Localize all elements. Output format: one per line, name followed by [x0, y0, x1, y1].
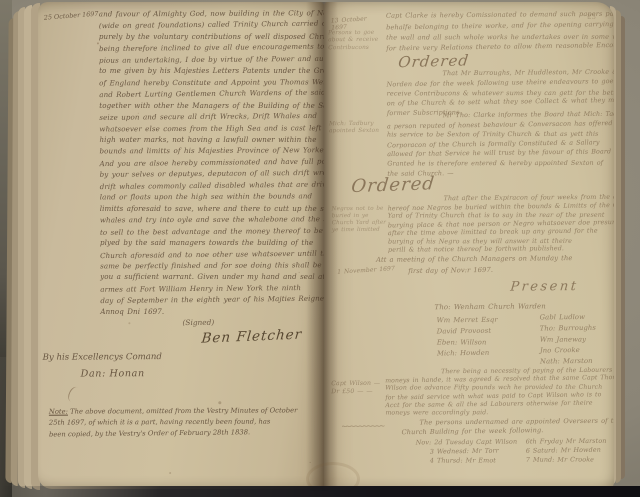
- left-page: 25 October 1697 and favour of Almighty G…: [38, 2, 324, 489]
- text-line: Note: The above document, omitted from t…: [49, 405, 321, 417]
- overseer-roster-right: 6th Fryday Mr Marston6 Saturd: Mr Howden…: [526, 437, 607, 465]
- overseers-paragraph: The persons undernamed are appointed Ove…: [402, 417, 614, 437]
- signed-label: (Signed): [166, 318, 230, 327]
- text-line: pious an undertaking, I doe by virtue of…: [99, 53, 321, 66]
- text-line: high water marks, not having a lawfull o…: [99, 134, 321, 145]
- text-line: been copied, by the Vestry's Order of Fe…: [49, 426, 321, 440]
- text-line: whatsoever else comes from the High Sea …: [99, 122, 321, 135]
- text-line: Church Building for the week following.: [402, 425, 614, 437]
- secretary-name: Dan: Honan: [81, 368, 145, 379]
- photo-backdrop: 25 October 1697 and favour of Almighty G…: [0, 0, 640, 497]
- margin-squiggle: ~~~~~~~~~~: [342, 422, 384, 432]
- right-page-edge-strip: [621, 16, 625, 479]
- text-line: about & receive: [328, 37, 378, 45]
- text-line: drift whales commonly called disabled wh…: [100, 178, 322, 192]
- governor-signature: Ben Fletcher: [201, 327, 303, 347]
- text-line: day of September in the eighth year of h…: [100, 293, 322, 307]
- foxing-specks: [97, 42, 99, 44]
- present-heading: Present: [474, 279, 614, 295]
- margin-note-negros: Negros not to beburied in yeChurch Yard …: [332, 206, 386, 234]
- right-page: 23 13 October 1697 Persons to goeabout &…: [324, 2, 614, 490]
- text-line: to sell to the best advantage and the mo…: [100, 224, 322, 237]
- manuscript-book: 25 October 1697 and favour of Almighty G…: [6, 2, 628, 491]
- command-line: By his Excellencys Comand: [43, 352, 162, 363]
- left-page-body-text: and favour of Almighty God, now building…: [99, 7, 323, 317]
- note-label: Note:: [49, 408, 68, 416]
- text-line: Tho: Burroughs: [540, 323, 596, 335]
- warden-line: Tho: Wenham Church Warden: [434, 302, 545, 311]
- text-line: 7 Mund: Mr Crooke: [526, 455, 607, 464]
- meeting-heading: Att a meeting of the Church Managers on …: [376, 253, 614, 276]
- text-line: (wide on great foundations) called Trini…: [99, 18, 321, 32]
- text-line: Church aforesaid and to noe other use wh…: [100, 247, 322, 261]
- labourers-pay-paragraph: There being a necessity of paying of the…: [385, 367, 614, 418]
- margin-note-sexton: Mich: Tadburyapointed Sexton: [329, 121, 379, 136]
- text-line: and Robert Lurting Gentlemen Church Ward…: [99, 87, 321, 101]
- attendees-right-column: Gabl LudlowTho: BurroughsWm JanewayJno C…: [540, 312, 597, 367]
- text-line: land or floats upon the high sea within …: [100, 191, 322, 204]
- left-page-content: 25 October 1697 and favour of Almighty G…: [38, 2, 324, 489]
- text-line: Mich: Howden: [437, 348, 498, 360]
- text-line: limitts aforesaid to save, where and the…: [100, 203, 322, 214]
- text-line: ye time limitted: [332, 227, 386, 234]
- text-line: Gabl Ludlow: [540, 312, 596, 323]
- margin-note-wilson: Capt Wilson —Dr £50 — —: [331, 380, 380, 396]
- text-line: 3 Wednesd: Mr Torr: [416, 446, 518, 457]
- margin-note-collections: Persons to goeabout & receiveContribucon…: [328, 30, 378, 53]
- text-line: Dr £50 — —: [331, 388, 380, 396]
- text-line: Jno Crooke: [540, 345, 596, 357]
- text-line: to me given by his Majesties Letters Pat…: [99, 66, 321, 77]
- table-shadow: [0, 486, 640, 497]
- ink-flourish: [66, 385, 83, 404]
- text-line: apointed Sexton: [329, 128, 379, 136]
- text-line: seize upon and secure all drift Wrecks, …: [99, 110, 321, 123]
- text-line: burying of his Negro as they will answer…: [388, 236, 614, 245]
- intro-paragraph: Capt Clarke is hereby Comissionated to d…: [386, 9, 614, 54]
- text-line: 6 Saturd: Mr Howden: [526, 446, 607, 456]
- text-line: Granted he is therefore entered & hereby…: [387, 159, 614, 169]
- right-page-content: 23 13 October 1697 Persons to goeabout &…: [324, 2, 614, 490]
- ordered-paragraph-2: That after the Expiracon of four weeks f…: [388, 193, 614, 254]
- note-first-line: The above document, omitted from the Ves…: [68, 406, 297, 415]
- vestry-note: Note: The above document, omitted from t…: [49, 405, 321, 439]
- text-line: Contribucons: [328, 45, 378, 53]
- overseer-roster-left: Nov: 2d Tuesday Capt Wilson3 Wednesd: Mr…: [416, 438, 518, 466]
- margin-date: 25 October 1697: [44, 9, 102, 21]
- text-line: Annoq Dni 1697.: [100, 306, 322, 317]
- text-line: 4 Thursd: Mr Emot: [416, 456, 518, 465]
- text-line: Capt Wilson —: [331, 380, 380, 388]
- text-line: Wm Merret Esqr: [437, 315, 498, 327]
- note-rest: 25th 1697, of which it is a part, having…: [49, 416, 321, 439]
- clerk-paragraph: Mr Tho: Clarke informes the Board that M…: [387, 110, 614, 179]
- text-line: Nath: Marston: [540, 356, 596, 368]
- text-line: whales and try into oyle and save the wh…: [100, 213, 322, 226]
- attendees-left-column: Wm Merret EsqrDavid ProvoostEben: Willso…: [437, 315, 498, 360]
- text-line: David Provoost: [437, 326, 498, 338]
